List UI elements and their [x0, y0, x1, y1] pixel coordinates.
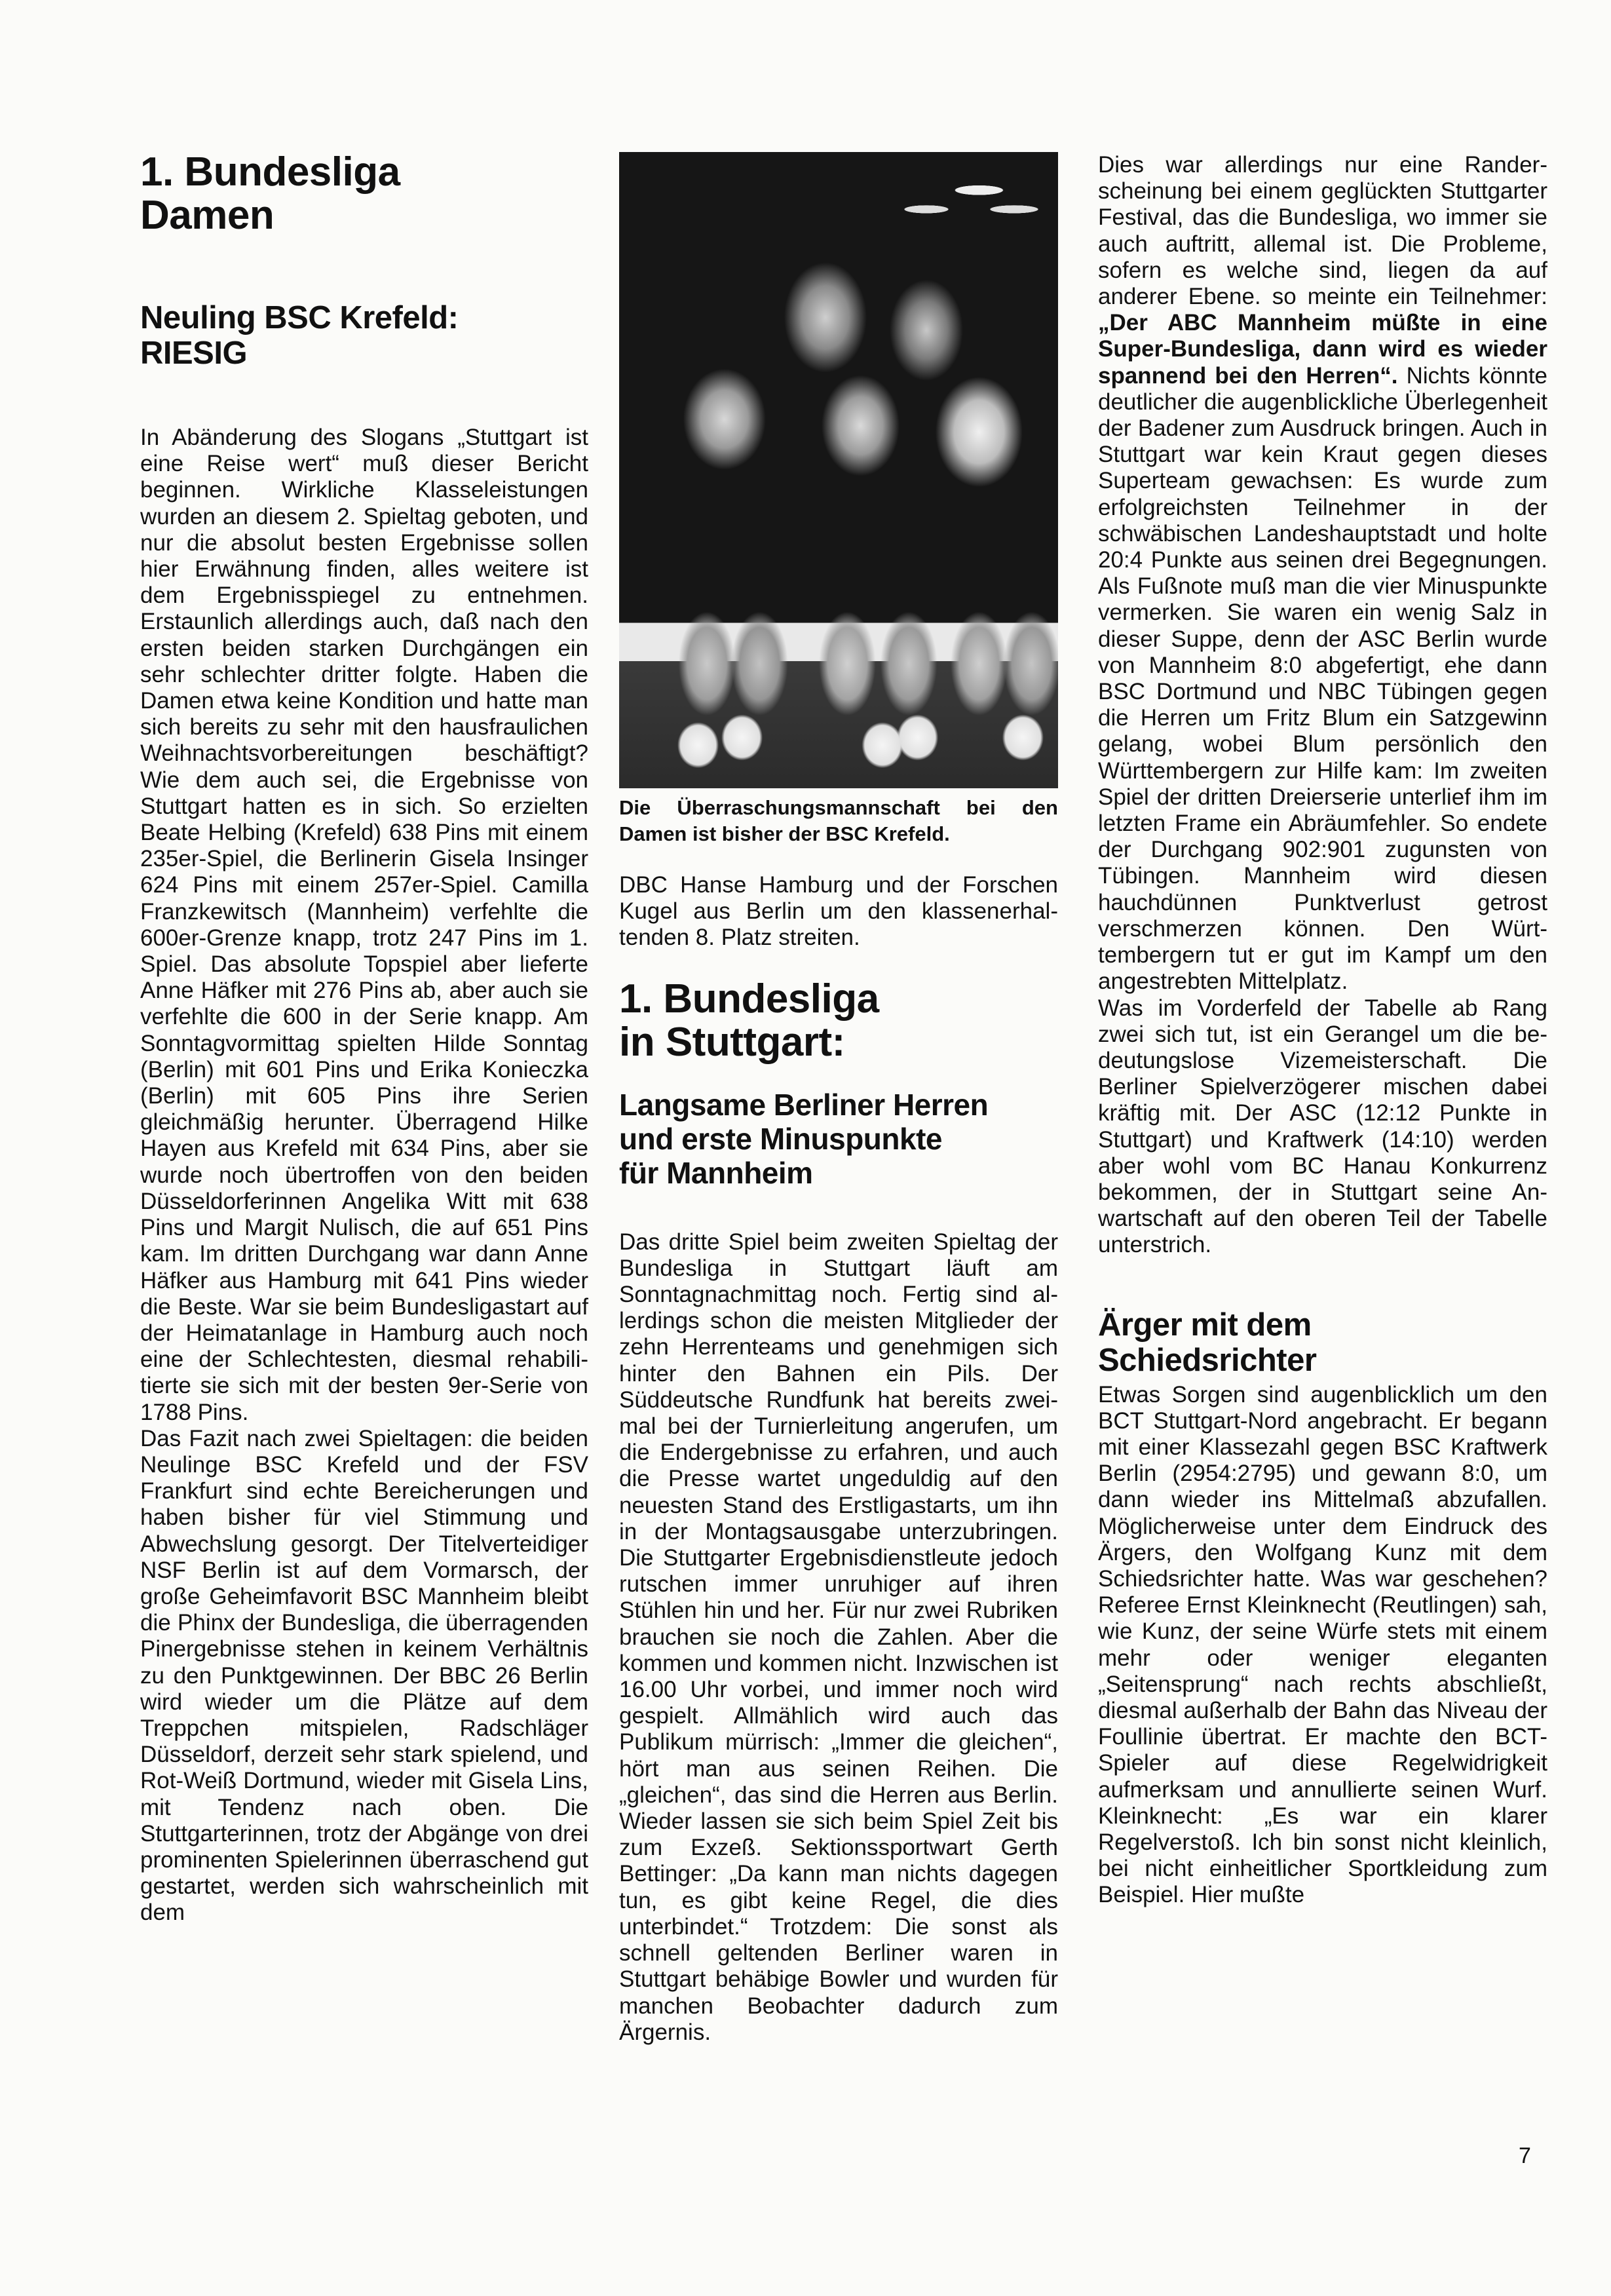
paragraph: Was im Vorderfeld der Tabelle ab Rang zw…	[1098, 995, 1547, 1259]
subtitle-neuling-krefeld: Neuling BSC Krefeld: RIESIG	[140, 300, 588, 371]
photo-detail	[619, 699, 1058, 776]
page-number: 7	[1519, 2143, 1531, 2169]
subtitle-line: für Mannheim	[619, 1156, 813, 1190]
subtitle-line: Schiedsrichter	[1098, 1343, 1316, 1378]
column-middle: Die Überraschungsmannschaft bei den Dame…	[619, 152, 1058, 2046]
title-line: in Stuttgart:	[619, 1020, 845, 1065]
text-run: Nichts könnte deutlicher die augenblickl…	[1098, 363, 1547, 995]
subtitle-line: Neuling BSC Krefeld:	[140, 300, 458, 335]
paragraph: Dies war allerdings nur eine Rander­sche…	[1098, 152, 1547, 995]
photo-caption: Die Überraschungsmannschaft bei den Dame…	[619, 795, 1058, 847]
title-line: 1. Bundesliga	[140, 149, 400, 195]
column-left: 1. Bundesliga Damen Neuling BSC Krefeld:…	[140, 131, 588, 1926]
subtitle-line: Ärger mit dem	[1098, 1307, 1312, 1343]
title-line: 1. Bundesliga	[619, 976, 879, 1022]
paragraph: Das Fazit nach zwei Spieltagen: die bei­…	[140, 1426, 588, 1926]
subtitle-line: und erste Minuspunkte	[619, 1122, 942, 1156]
paragraph: In Abänderung des Slogans „Stuttgart ist…	[140, 425, 588, 1426]
subtitle-line: RIESIG	[140, 335, 247, 371]
subtitle-aerger-schiedsrichter: Ärger mit dem Schiedsrichter	[1098, 1307, 1547, 1378]
paragraph: DBC Hanse Hamburg und der Forschen Kugel…	[619, 872, 1058, 951]
section-title-bundesliga-damen: 1. Bundesliga Damen	[140, 151, 588, 237]
paragraph: Das dritte Spiel beim zweiten Spieltag d…	[619, 1229, 1058, 2046]
title-line: Damen	[140, 193, 274, 238]
section-title-bundesliga-stuttgart: 1. Bundesliga in Stuttgart:	[619, 978, 1058, 1064]
text-run: Dies war allerdings nur eine Rander­sche…	[1098, 152, 1547, 309]
column-right: Dies war allerdings nur eine Rander­sche…	[1098, 152, 1547, 1909]
team-photo	[619, 152, 1058, 788]
subtitle-langsame-berliner: Langsame Berliner Herren und erste Minus…	[619, 1088, 1058, 1190]
paragraph: Etwas Sorgen sind augenblicklich um den …	[1098, 1382, 1547, 1909]
subtitle-line: Langsame Berliner Herren	[619, 1088, 988, 1122]
